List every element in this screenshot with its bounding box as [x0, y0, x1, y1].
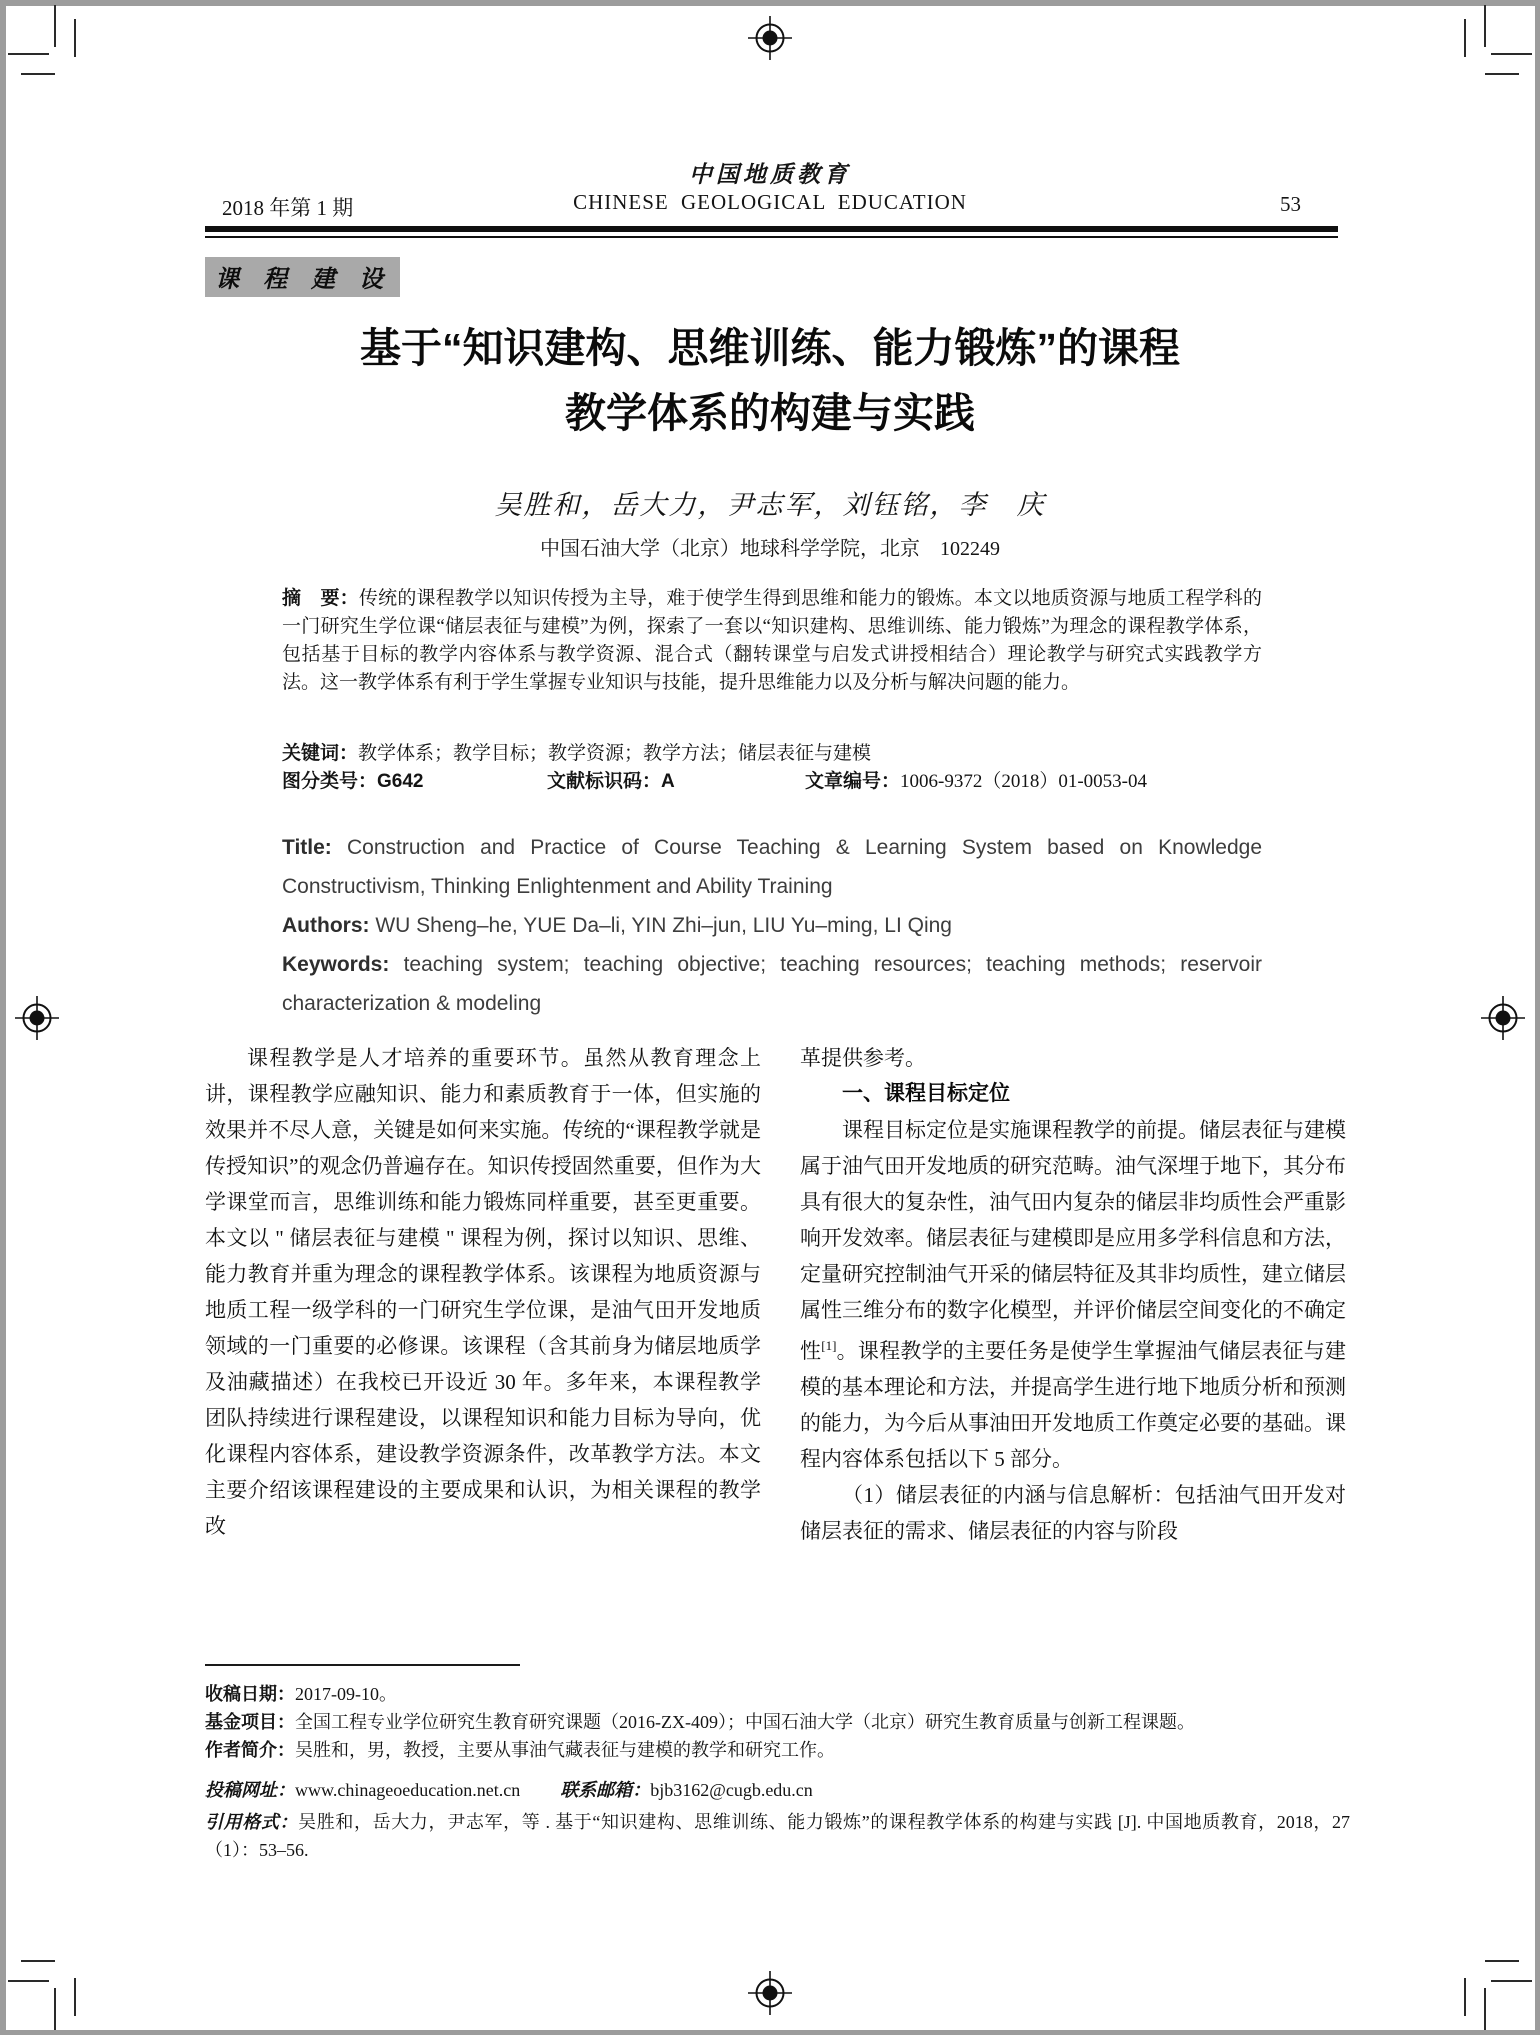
page-number: 53	[1280, 192, 1301, 217]
crop-mark	[8, 53, 49, 55]
document-code: 文献标识码：A	[547, 766, 805, 793]
abstract: 摘 要：传统的课程教学以知识传授为主导，难于使学生得到思维和能力的锻炼。本文以地…	[282, 585, 1262, 697]
crop-mark	[8, 1980, 49, 1982]
footnote-received-date: 收稿日期：2017-09-10。	[205, 1680, 1350, 1708]
article-title-line2: 教学体系的构建与实践	[120, 381, 1420, 446]
crop-mark	[74, 1978, 76, 2016]
affiliation: 中国石油大学（北京）地球科学学院，北京 102249	[120, 532, 1420, 561]
body-column-right: 革提供参考。 一、课程目标定位 课程目标定位是实施课程教学的前提。储层表征与建模…	[800, 1040, 1346, 1549]
keywords-cn: 关键词：教学体系；教学目标；教学资源；教学方法；储层表征与建模	[282, 738, 1262, 765]
header-rule-thick	[205, 226, 1338, 232]
footnote-submission-site: 投稿网址：www.chinageoeducation.net.cn联系邮箱：bj…	[205, 1776, 1350, 1804]
crop-mark	[54, 5, 56, 47]
english-title: Title: Construction and Practice of Cour…	[282, 828, 1262, 906]
footnote-divider	[205, 1664, 520, 1666]
clc-number: 图分类号：G642	[282, 766, 547, 793]
scan-edge-right	[1535, 0, 1540, 2035]
crop-mark	[1464, 1978, 1466, 2016]
footnote-citation: 引用格式：吴胜和，岳大力，尹志军，等 . 基于“知识建构、思维训练、能力锻炼”的…	[205, 1808, 1350, 1864]
submission-url: www.chinageoeducation.net.cn	[295, 1780, 520, 1800]
keywords-text: 教学体系；教学目标；教学资源；教学方法；储层表征与建模	[358, 743, 871, 764]
crop-mark	[1491, 53, 1532, 55]
abstract-label: 摘 要：	[282, 588, 359, 609]
body-column-left: 课程教学是人才培养的重要环节。虽然从教育理念上讲，课程教学应融知识、能力和素质教…	[205, 1040, 761, 1544]
authors-cn: 吴胜和，岳大力，尹志军，刘钰铭，李 庆	[120, 483, 1420, 522]
section1-heading: 一、课程目标定位	[800, 1076, 1346, 1112]
header-rule-thin	[205, 236, 1338, 238]
scan-edge-top	[0, 0, 1540, 6]
journal-title-cn: 中国地质教育	[0, 156, 1540, 189]
scan-edge-left	[0, 0, 6, 2035]
english-keywords: Keywords: teaching system; teaching obje…	[282, 945, 1262, 1023]
intro-paragraph: 课程教学是人才培养的重要环节。虽然从教育理念上讲，课程教学应融知识、能力和素质教…	[205, 1040, 761, 1544]
article-title: 基于“知识建构、思维训练、能力锻炼”的课程 教学体系的构建与实践	[120, 316, 1420, 446]
crop-mark	[54, 1988, 56, 2030]
journal-title-en: CHINESE GEOLOGICAL EDUCATION	[0, 190, 1540, 215]
article-title-line1: 基于“知识建构、思维训练、能力锻炼”的课程	[120, 316, 1420, 381]
abstract-text: 传统的课程教学以知识传授为主导，难于使学生得到思维和能力的锻炼。本文以地质资源与…	[282, 588, 1262, 693]
section1-list-item1: （1）储层表征的内涵与信息解析：包括油气田开发对储层表征的需求、储层表征的内容与…	[800, 1477, 1346, 1549]
section1-paragraph: 课程目标定位是实施课程教学的前提。储层表征与建模属于油气田开发地质的研究范畴。油…	[800, 1112, 1346, 1477]
scan-edge-bottom	[0, 2030, 1540, 2035]
crop-mark	[1491, 1980, 1532, 1982]
footnote-author-bio: 作者简介：吴胜和，男，教授，主要从事油气藏表征与建模的教学和研究工作。	[205, 1736, 1350, 1764]
intro-paragraph-continuation: 革提供参考。	[800, 1040, 1346, 1076]
crop-mark	[1484, 5, 1486, 47]
article-id: 文章编号：1006-9372（2018）01-0053-04	[805, 766, 1147, 793]
crop-mark	[1485, 1960, 1519, 1962]
crop-mark	[21, 73, 55, 75]
english-block: Title: Construction and Practice of Cour…	[282, 828, 1262, 1023]
registration-mark-icon	[748, 16, 792, 60]
section-badge: 课 程 建 设	[205, 257, 400, 297]
crop-mark	[1464, 19, 1466, 57]
crop-mark	[21, 1960, 55, 1962]
footnote-fund-project: 基金项目：全国工程专业学位研究生教育研究课题（2016-ZX-409）；中国石油…	[205, 1708, 1350, 1736]
keywords-label: 关键词：	[282, 743, 358, 764]
crop-mark	[1484, 1988, 1486, 2030]
english-authors: Authors: WU Sheng–he, YUE Da–li, YIN Zhi…	[282, 906, 1262, 945]
classification-line: 图分类号：G642 文献标识码：A 文章编号：1006-9372（2018）01…	[282, 766, 1262, 793]
registration-mark-icon	[15, 996, 59, 1040]
reference-marker: [1]	[821, 1338, 836, 1353]
contact-email: bjb3162@cugb.edu.cn	[650, 1780, 813, 1800]
crop-mark	[1485, 73, 1519, 75]
registration-mark-icon	[748, 1971, 792, 2015]
journal-page: 2018 年第 1 期 中国地质教育 CHINESE GEOLOGICAL ED…	[0, 0, 1540, 2035]
crop-mark	[74, 19, 76, 57]
registration-mark-icon	[1481, 996, 1525, 1040]
